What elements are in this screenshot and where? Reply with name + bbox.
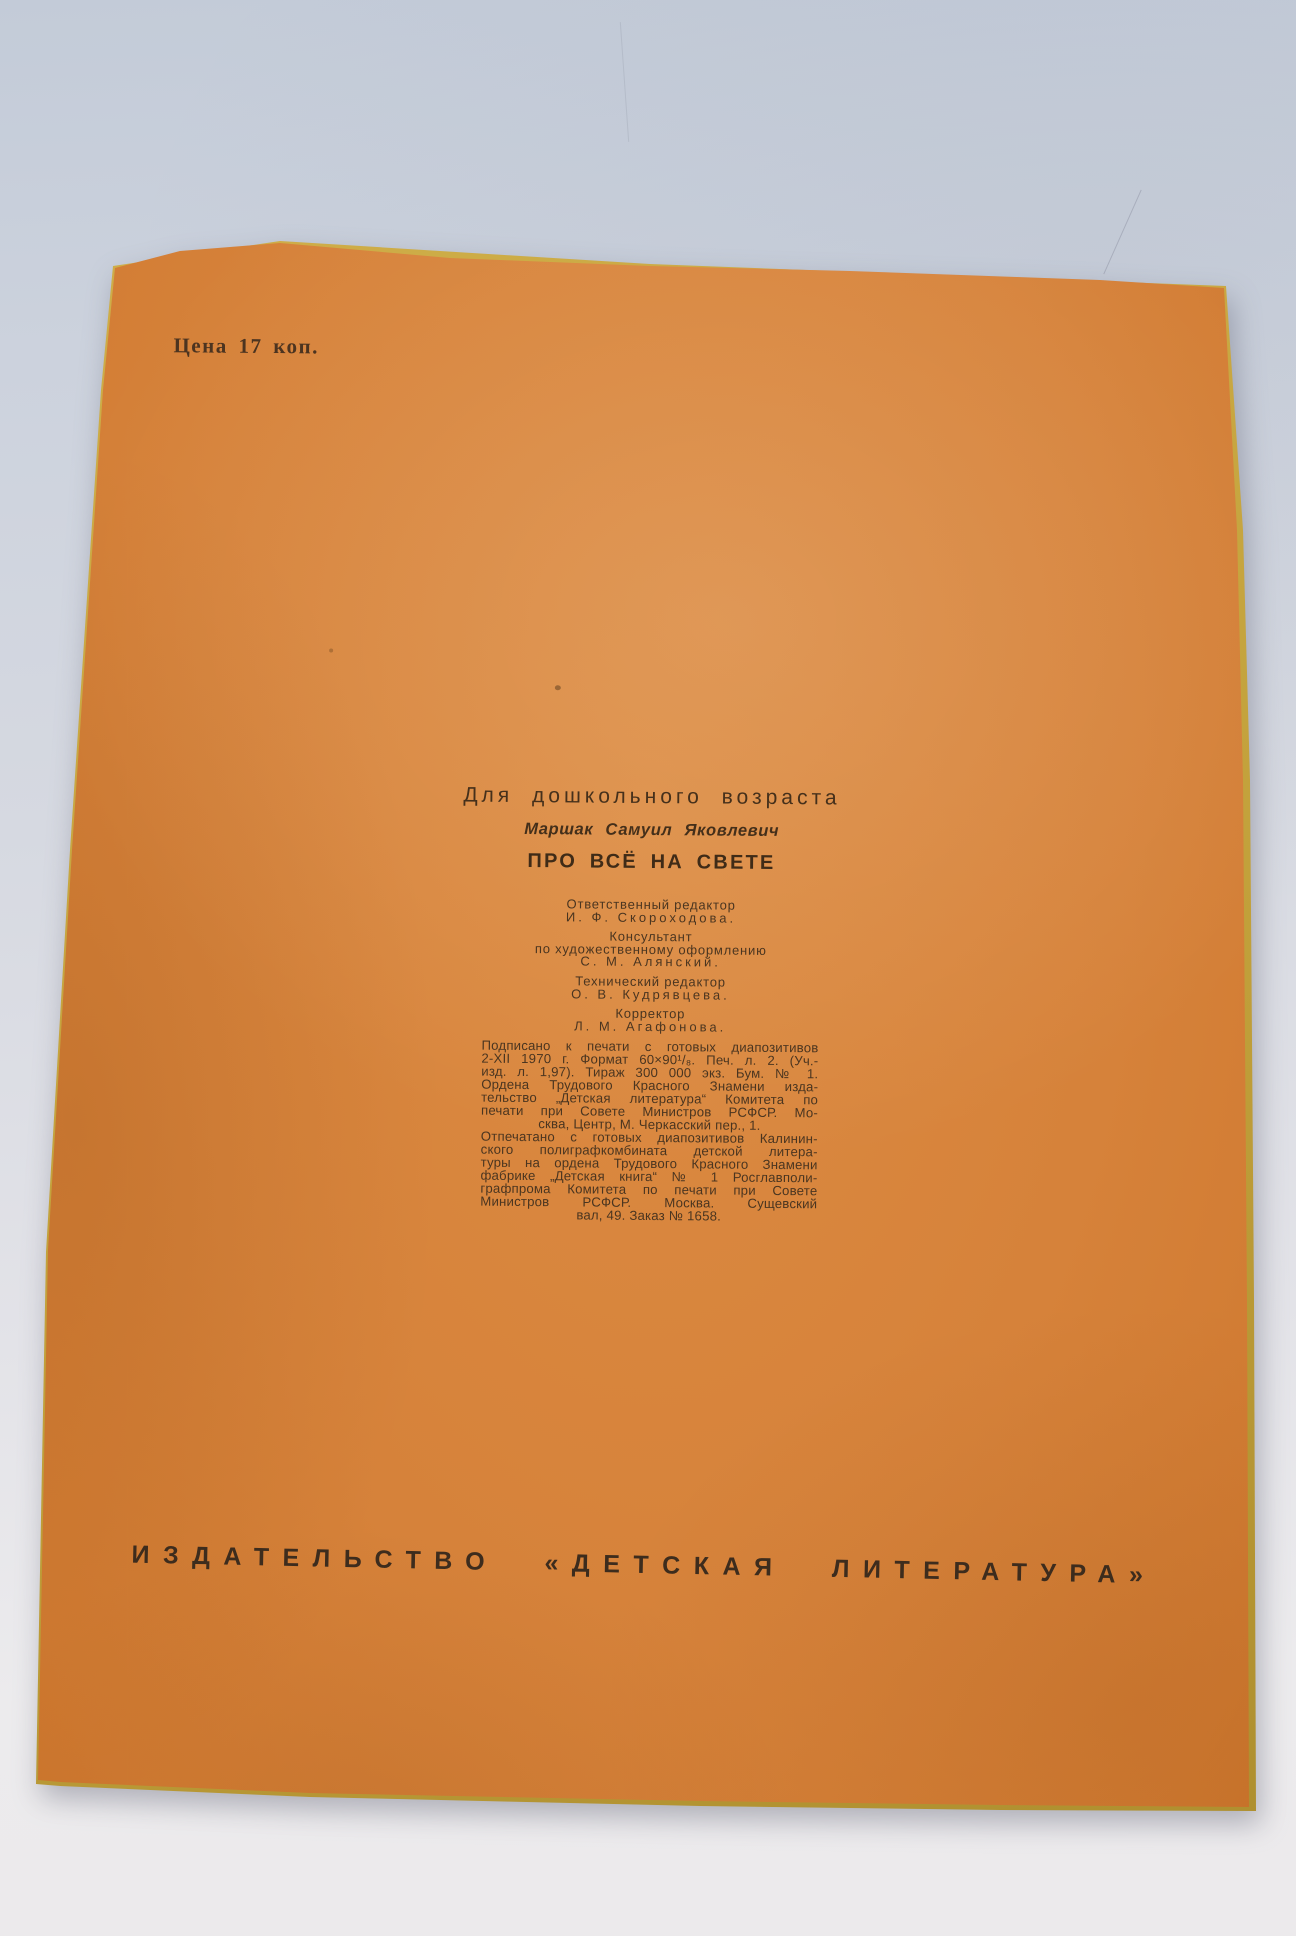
credit-group: Корректор Л. М. Агафонова. <box>448 1007 852 1035</box>
price-label: Цена 17 коп. <box>173 333 319 359</box>
imprint-paragraph: Подписано к печати с готовых диапозитиво… <box>480 1039 818 1224</box>
cover-printed-content: Цена 17 коп. Для дошкольного возраста Ма… <box>0 0 1296 1936</box>
credit-name: О. В. Кудрявцева. <box>448 987 852 1003</box>
credit-group: Ответственный редактор И. Ф. Скороходова… <box>449 897 853 925</box>
book-title: ПРО ВСЁ НА СВЕТЕ <box>449 850 853 874</box>
book-cover-face: Цена 17 коп. Для дошкольного возраста Ма… <box>0 0 1296 1936</box>
book-back-cover: Цена 17 коп. Для дошкольного возраста Ма… <box>0 0 1296 1936</box>
credits-block: Ответственный редактор И. Ф. Скороходова… <box>448 897 853 1035</box>
credit-group: Технический редактор О. В. Кудрявцева. <box>448 974 852 1002</box>
credit-name: Л. М. Агафонова. <box>448 1019 852 1035</box>
author-name: Маршак Самуил Яковлевич <box>450 819 854 840</box>
credit-name: С. М. Алянский. <box>449 955 853 971</box>
credit-name: И. Ф. Скороходова. <box>449 910 853 926</box>
dust-speck <box>555 685 561 690</box>
credit-group: Консультант по художественному оформлени… <box>449 930 853 971</box>
audience-line: Для дошкольного возраста <box>450 784 854 809</box>
dust-speck <box>329 648 333 652</box>
imprint-column: Для дошкольного возраста Маршак Самуил Я… <box>447 784 854 1224</box>
publisher-line: ИЗДАТЕЛЬСТВО «ДЕТСКАЯ ЛИТЕРАТУРА» <box>0 1538 1292 1593</box>
